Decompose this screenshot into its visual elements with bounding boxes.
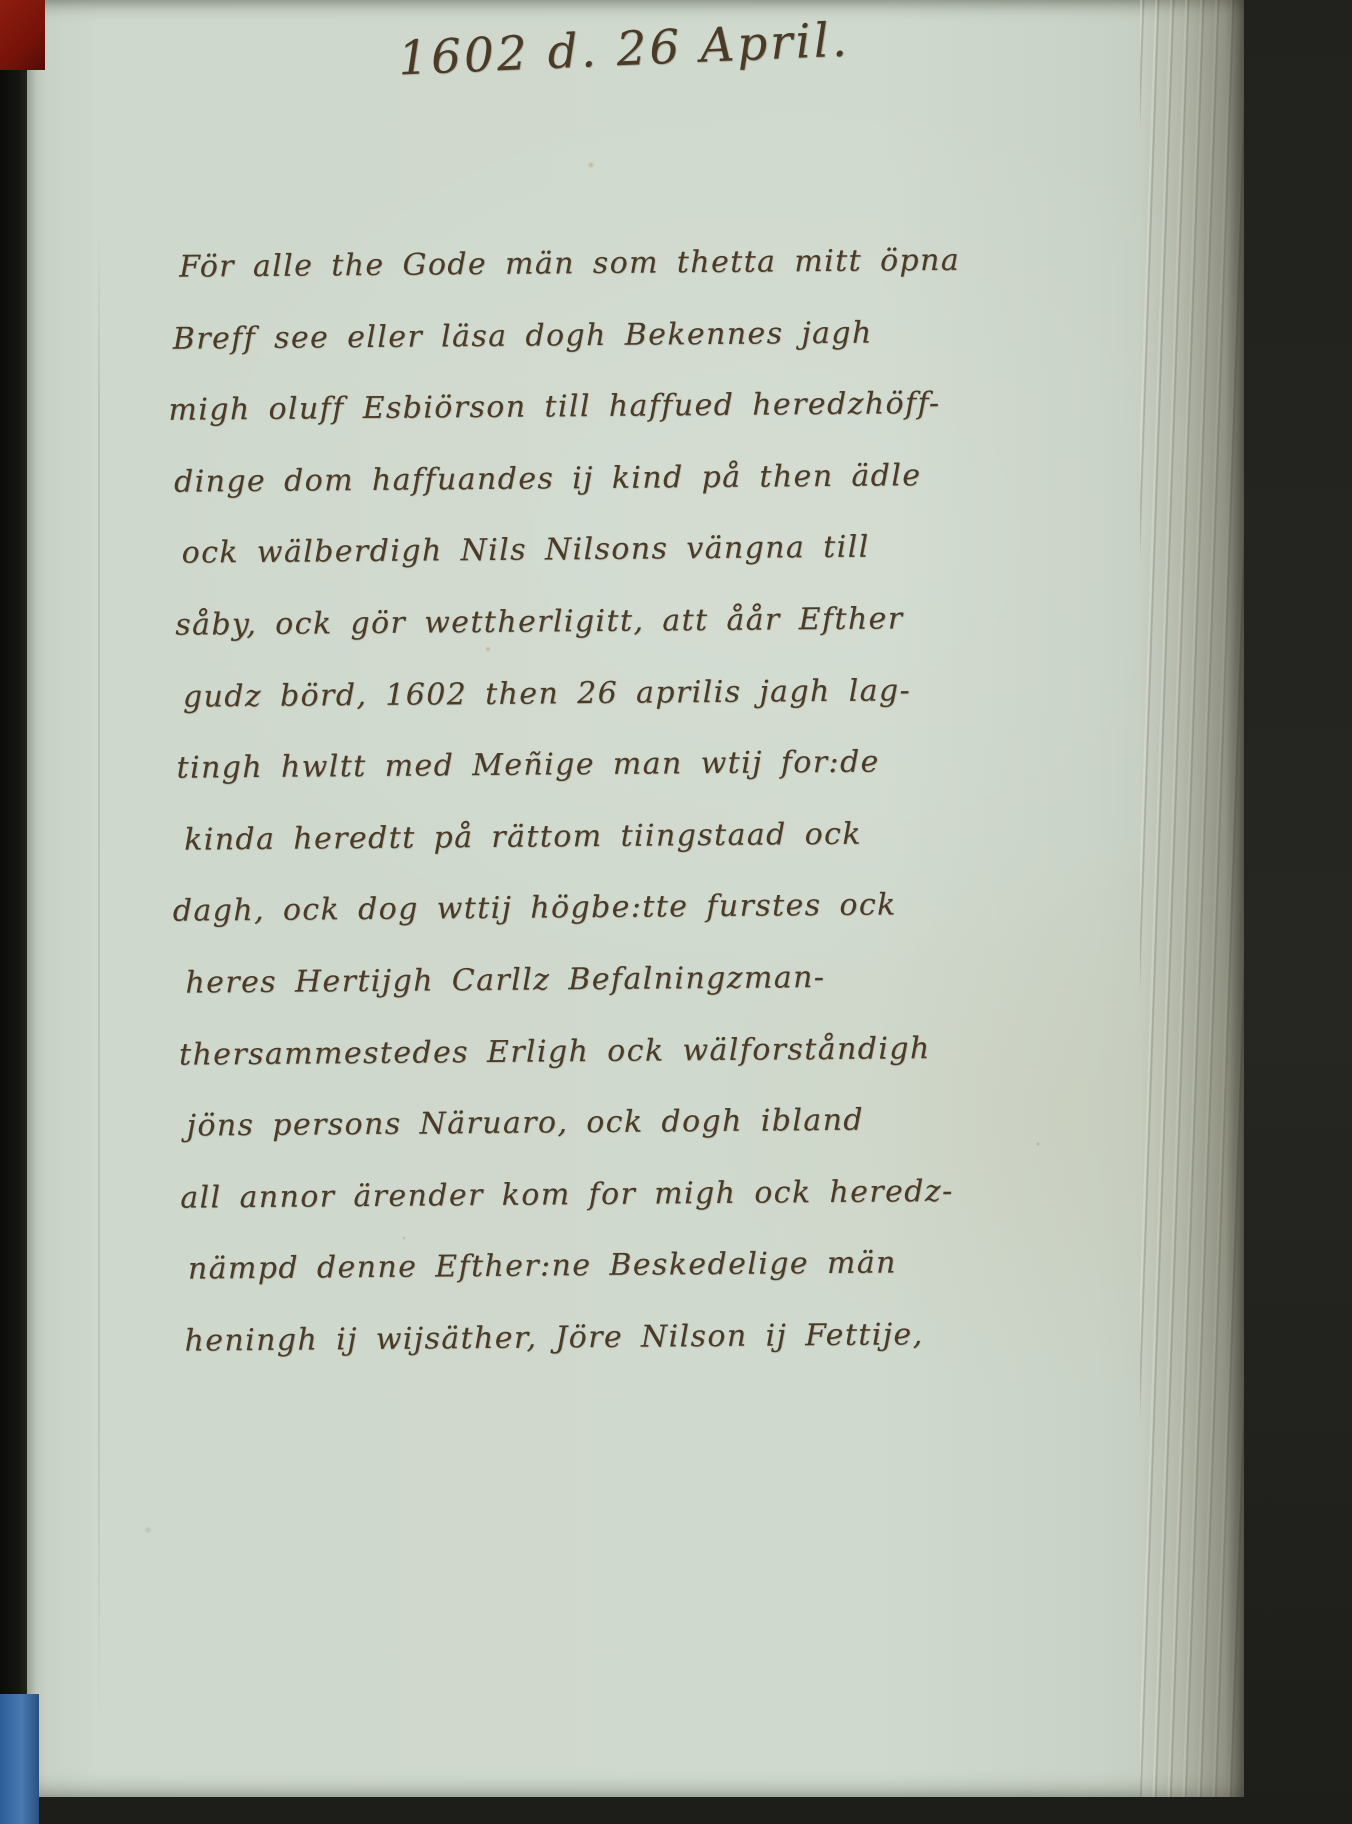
manuscript-page: 1602 d. 26 April. För alle the Gode män …	[26, 0, 1244, 1797]
page-crease-line	[98, 230, 100, 1730]
book-fore-edge-pages	[1140, 0, 1244, 1797]
manuscript-line: gudz börd, 1602 then 26 aprilis jagh lag…	[183, 672, 1014, 751]
manuscript-line: tingh hwltt med Meñige man wtij for:de	[176, 744, 1014, 823]
manuscript-line: heningh ij wijsäther, Jöre Nilson ij Fet…	[184, 1316, 1019, 1395]
scanned-manuscript-screenshot: 1602 d. 26 April. För alle the Gode män …	[0, 0, 1352, 1824]
manuscript-line: nämpd denne Efther:ne Beskedelige män	[188, 1245, 1019, 1324]
manuscript-line: kinda heredtt på rättom tiingstaad ock	[184, 815, 1015, 894]
manuscript-line: all annor ärender kom for migh ock hered…	[180, 1173, 1018, 1252]
manuscript-line: dagh, ock dog wttij högbe:tte furstes oc…	[173, 887, 1016, 966]
manuscript-line: thersammestedes Erligh ock wälforståndig…	[179, 1030, 1017, 1109]
manuscript-line: Breff see eller läsa dogh Bekennes jagh	[173, 314, 1011, 393]
manuscript-line: ock wälberdigh Nils Nilsons vängna till	[182, 529, 1013, 608]
manuscript-line: heres Hertijgh Carllz Befalningzman-	[185, 958, 1016, 1037]
manuscript-line: dinge dom haffuandes ij kind på then ädl…	[174, 457, 1012, 536]
binding-blue-strip	[0, 1694, 39, 1824]
binding-red-corner	[0, 0, 45, 70]
manuscript-text-block: För alle the Gode män som thetta mitt öp…	[179, 242, 1019, 1395]
gutter-shadow-strip	[0, 0, 27, 1824]
manuscript-line: migh oluff Esbiörson till haffued heredz…	[168, 386, 1011, 465]
manuscript-line: För alle the Gode män som thetta mitt öp…	[179, 242, 1010, 321]
manuscript-line: jöns persons Näruaro, ock dogh ibland	[187, 1101, 1018, 1180]
manuscript-line: såby, ock gör wettherligitt, att åår Eft…	[175, 600, 1013, 679]
